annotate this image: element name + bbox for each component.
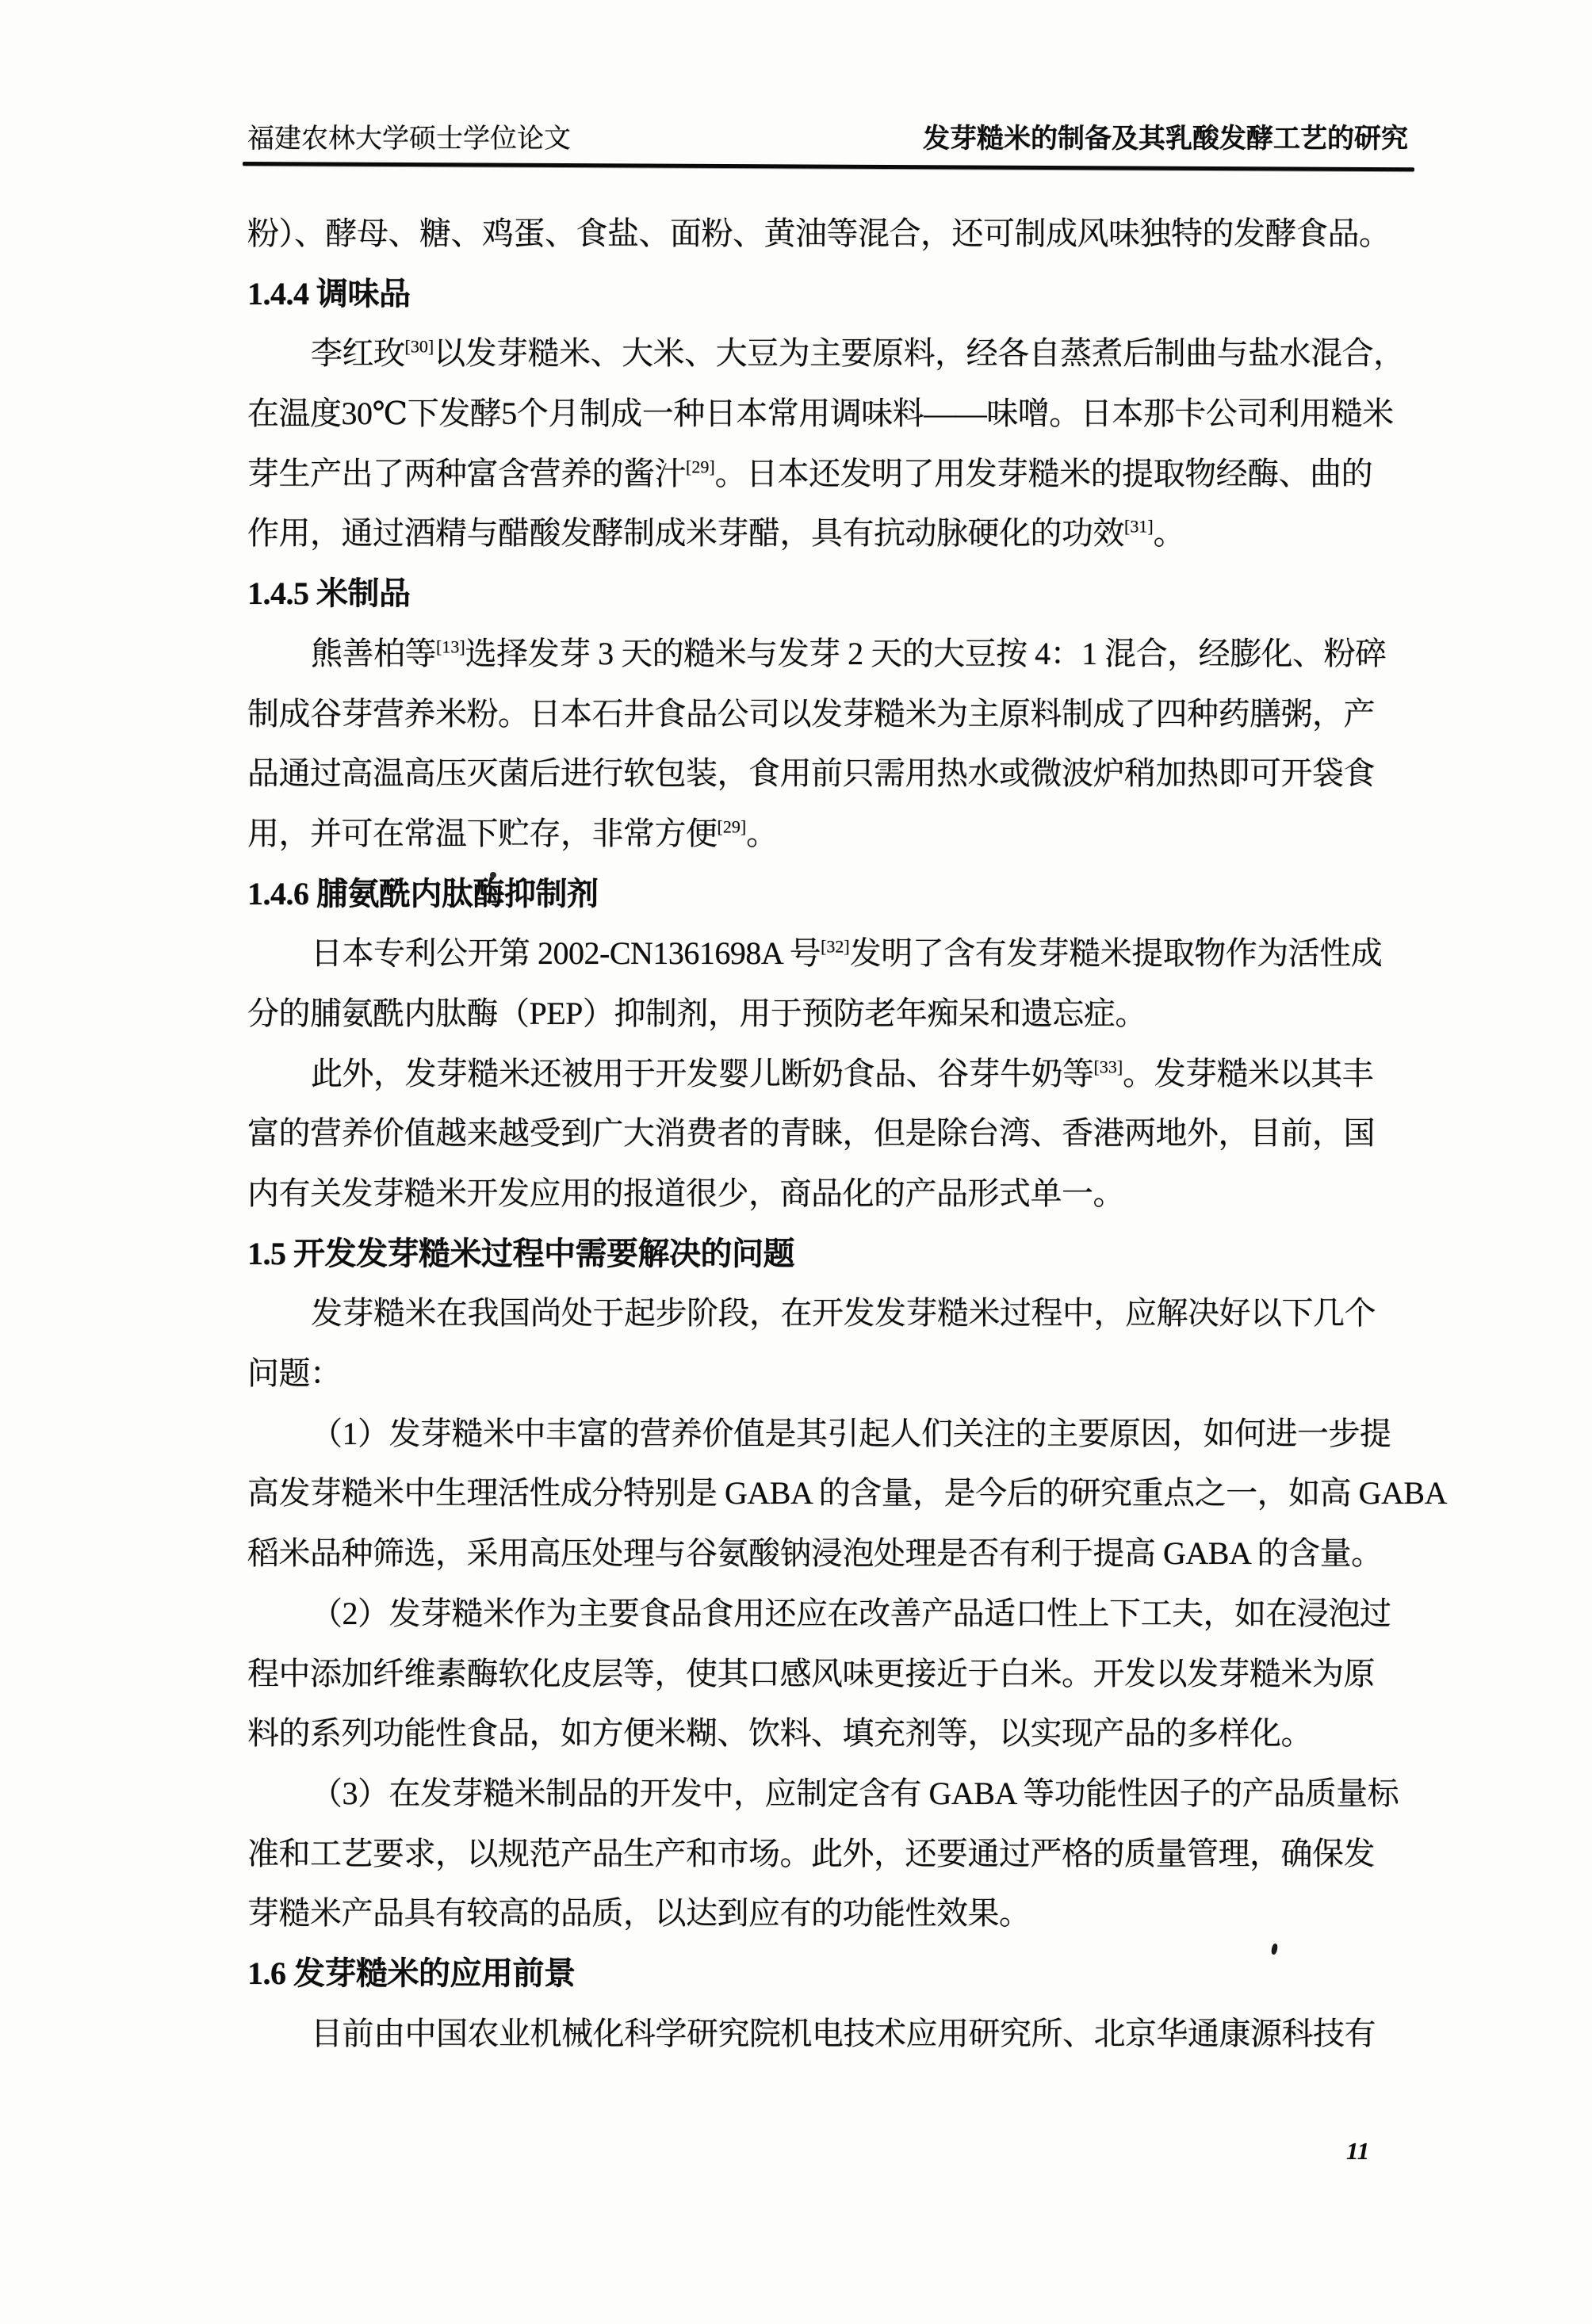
text-segment: 此外，发芽糙米还被用于开发婴儿断奶食品、谷芽牛奶等 bbox=[311, 1056, 1094, 1091]
text-line: 分的脯氨酰内肽酶（PEP）抑制剂，用于预防老年痴呆和遗忘症。 bbox=[247, 984, 1408, 1044]
text-segment: 。日本还发明了用发芽糙米的提取物经酶、曲的 bbox=[715, 456, 1373, 491]
text-segment: 准和工艺要求，以规范产品生产和市场。此外，还要通过严格的质量管理，确保发 bbox=[247, 1836, 1375, 1871]
citation-ref: [32] bbox=[821, 937, 850, 957]
text-segment: （3）在发芽糙米制品的开发中，应制定含有 GABA 等功能性因子的产品质量标 bbox=[311, 1775, 1399, 1811]
citation-ref: [29] bbox=[686, 457, 715, 476]
text-segment: 内有关发芽糙米开发应用的报道很少，商品化的产品形式单一。 bbox=[247, 1175, 1124, 1211]
text-segment: 芽糙米产品具有较高的品质，以达到应有的功能性效果。 bbox=[247, 1895, 1031, 1931]
document-body: 粉）、酵母、糖、鸡蛋、食盐、面粉、黄油等混合，还可制成风味独特的发酵食品。1.4… bbox=[247, 204, 1408, 2063]
section-heading: 1.4.5 米制品 bbox=[247, 564, 1408, 624]
scan-speck bbox=[490, 872, 496, 878]
text-line: 粉）、酵母、糖、鸡蛋、食盐、面粉、黄油等混合，还可制成风味独特的发酵食品。 bbox=[247, 204, 1408, 264]
header-right-title: 发芽糙米的制备及其乳酸发酵工艺的研究 bbox=[923, 124, 1408, 155]
text-line: （1）发芽糙米中丰富的营养价值是其引起人们关注的主要原因，如何进一步提 bbox=[247, 1404, 1408, 1464]
text-line: 芽生产出了两种富含营养的酱汁[29]。日本还发明了用发芽糙米的提取物经酶、曲的 bbox=[247, 444, 1408, 504]
text-segment: 程中添加纤维素酶软化皮层等，使其口感风味更接近于白米。开发以发芽糙米为原 bbox=[247, 1656, 1375, 1691]
text-line: 准和工艺要求，以规范产品生产和市场。此外，还要通过严格的质量管理，确保发 bbox=[247, 1824, 1408, 1884]
text-line: 程中添加纤维素酶软化皮层等，使其口感风味更接近于白米。开发以发芽糙米为原 bbox=[247, 1644, 1408, 1704]
text-segment: 。 bbox=[1154, 515, 1185, 551]
text-line: （2）发芽糙米作为主要食品食用还应在改善产品适口性上下工夫，如在浸泡过 bbox=[247, 1584, 1408, 1644]
text-line: 富的营养价值越来越受到广大消费者的青睐，但是除台湾、香港两地外，目前，国 bbox=[247, 1103, 1408, 1164]
text-line: 作用，通过酒精与醋酸发酵制成米芽醋，具有抗动脉硬化的功效[31]。 bbox=[247, 503, 1408, 564]
text-segment: 。 bbox=[746, 816, 778, 851]
text-segment: 目前由中国农业机械化科学研究院机电技术应用研究所、北京华通康源科技有 bbox=[311, 2016, 1376, 2051]
text-segment: 发明了含有发芽糙米提取物作为活性成 bbox=[850, 935, 1383, 971]
citation-ref: [31] bbox=[1124, 517, 1154, 537]
text-segment: 分的脯氨酰内肽酶（PEP）抑制剂，用于预防老年痴呆和遗忘症。 bbox=[247, 996, 1146, 1031]
text-segment: 李红玫 bbox=[311, 335, 405, 371]
thesis-page: 福建农林大学硕士学位论文 发芽糙米的制备及其乳酸发酵工艺的研究 粉）、酵母、糖、… bbox=[0, 0, 1592, 2324]
text-segment: 以发芽糙米、大米、大豆为主要原料，经各自蒸煮后制曲与盐水混合， bbox=[434, 335, 1405, 371]
text-line: 问题： bbox=[247, 1344, 1408, 1404]
text-segment: 问题： bbox=[247, 1355, 342, 1391]
text-line: 芽糙米产品具有较高的品质，以达到应有的功能性效果。 bbox=[247, 1883, 1408, 1944]
text-line: 内有关发芽糙米开发应用的报道很少，商品化的产品形式单一。 bbox=[247, 1164, 1408, 1224]
text-segment: 在温度30℃下发酵5个月制成一种日本常用调味料——味噌。日本那卡公司利用糙米 bbox=[247, 396, 1394, 431]
text-line: 此外，发芽糙米还被用于开发婴儿断奶食品、谷芽牛奶等[33]。发芽糙米以其丰 bbox=[247, 1044, 1408, 1104]
text-line: 在温度30℃下发酵5个月制成一种日本常用调味料——味噌。日本那卡公司利用糙米 bbox=[247, 384, 1408, 444]
text-segment: 熊善柏等 bbox=[311, 636, 436, 671]
text-segment: 芽生产出了两种富含营养的酱汁 bbox=[247, 456, 686, 491]
text-segment: 制成谷芽营养米粉。日本石井食品公司以发芽糙米为主原料制成了四种药膳粥，产 bbox=[247, 696, 1375, 732]
text-segment: 富的营养价值越来越受到广大消费者的青睐，但是除台湾、香港两地外，目前，国 bbox=[247, 1115, 1375, 1151]
text-line: 稻米品种筛选，采用高压处理与谷氨酸钠浸泡处理是否有利于提高 GABA 的含量。 bbox=[247, 1523, 1408, 1584]
text-line: 发芽糙米在我国尚处于起步阶段，在开发发芽糙米过程中，应解决好以下几个 bbox=[247, 1283, 1408, 1344]
text-segment: 作用，通过酒精与醋酸发酵制成米芽醋，具有抗动脉硬化的功效 bbox=[247, 515, 1124, 551]
section-heading: 1.4.6 脯氨酰内肽酶抑制剂 bbox=[247, 864, 1408, 924]
page-number: 11 bbox=[1346, 2137, 1369, 2165]
text-segment: （2）发芽糙米作为主要食品食用还应在改善产品适口性上下工夫，如在浸泡过 bbox=[311, 1596, 1391, 1631]
text-segment: 1.4.4 调味品 bbox=[247, 276, 411, 312]
text-segment: （1）发芽糙米中丰富的营养价值是其引起人们关注的主要原因，如何进一步提 bbox=[311, 1416, 1391, 1451]
text-line: 制成谷芽营养米粉。日本石井食品公司以发芽糙米为主原料制成了四种药膳粥，产 bbox=[247, 684, 1408, 744]
text-line: 用，并可在常温下贮存，非常方便[29]。 bbox=[247, 804, 1408, 864]
text-line: 品通过高温高压灭菌后进行软包装，食用前只需用热水或微波炉稍加热即可开袋食 bbox=[247, 743, 1408, 804]
text-line: （3）在发芽糙米制品的开发中，应制定含有 GABA 等功能性因子的产品质量标 bbox=[247, 1764, 1408, 1824]
text-segment: 粉）、酵母、糖、鸡蛋、食盐、面粉、黄油等混合，还可制成风味独特的发酵食品。 bbox=[247, 216, 1391, 251]
text-line: 日本专利公开第 2002-CN1361698A 号[32]发明了含有发芽糙米提取… bbox=[247, 923, 1408, 984]
text-segment: 稻米品种筛选，采用高压处理与谷氨酸钠浸泡处理是否有利于提高 GABA 的含量。 bbox=[247, 1535, 1383, 1571]
text-segment: 用，并可在常温下贮存，非常方便 bbox=[247, 816, 718, 851]
text-segment: 料的系列功能性食品，如方便米糊、饮料、填充剂等，以实现产品的多样化。 bbox=[247, 1715, 1312, 1751]
section-heading: 1.4.4 调味品 bbox=[247, 264, 1408, 324]
text-segment: 高发芽糙米中生理活性成分特别是 GABA 的含量，是今后的研究重点之一，如高 G… bbox=[247, 1475, 1447, 1511]
text-segment: 1.4.6 脯氨酰内肽酶抑制剂 bbox=[247, 876, 599, 912]
text-segment: 1.5 开发发芽糙米过程中需要解决的问题 bbox=[247, 1236, 794, 1271]
citation-ref: [29] bbox=[718, 817, 747, 837]
text-segment: 1.4.5 米制品 bbox=[247, 575, 411, 611]
header-rule bbox=[243, 162, 1414, 171]
text-segment: 1.6 发芽糙米的应用前景 bbox=[247, 1955, 576, 1991]
text-segment: 发芽糙米在我国尚处于起步阶段，在开发发芽糙米过程中，应解决好以下几个 bbox=[311, 1295, 1376, 1331]
citation-ref: [13] bbox=[436, 636, 465, 656]
section-heading: 1.5 开发发芽糙米过程中需要解决的问题 bbox=[247, 1224, 1408, 1284]
text-segment: 。发芽糙米以其丰 bbox=[1123, 1056, 1373, 1091]
text-segment: 选择发芽 3 天的糙米与发芽 2 天的大豆按 4：1 混合，经膨化、粉碎 bbox=[465, 636, 1387, 671]
header-left-title: 福建农林大学硕士学位论文 bbox=[247, 124, 571, 155]
text-line: 料的系列功能性食品，如方便米糊、饮料、填充剂等，以实现产品的多样化。 bbox=[247, 1703, 1408, 1764]
section-heading: 1.6 发芽糙米的应用前景 bbox=[247, 1944, 1408, 2004]
citation-ref: [33] bbox=[1094, 1057, 1123, 1076]
text-segment: 品通过高温高压灭菌后进行软包装，食用前只需用热水或微波炉稍加热即可开袋食 bbox=[247, 755, 1375, 791]
text-line: 熊善柏等[13]选择发芽 3 天的糙米与发芽 2 天的大豆按 4：1 混合，经膨… bbox=[247, 624, 1408, 684]
text-line: 高发芽糙米中生理活性成分特别是 GABA 的含量，是今后的研究重点之一，如高 G… bbox=[247, 1463, 1408, 1523]
text-segment: 日本专利公开第 2002-CN1361698A 号 bbox=[311, 935, 821, 971]
citation-ref: [30] bbox=[405, 337, 434, 357]
text-line: 目前由中国农业机械化科学研究院机电技术应用研究所、北京华通康源科技有 bbox=[247, 2004, 1408, 2064]
page-header: 福建农林大学硕士学位论文 发芽糙米的制备及其乳酸发酵工艺的研究 bbox=[247, 124, 1408, 155]
text-line: 李红玫[30]以发芽糙米、大米、大豆为主要原料，经各自蒸煮后制曲与盐水混合， bbox=[247, 323, 1408, 384]
